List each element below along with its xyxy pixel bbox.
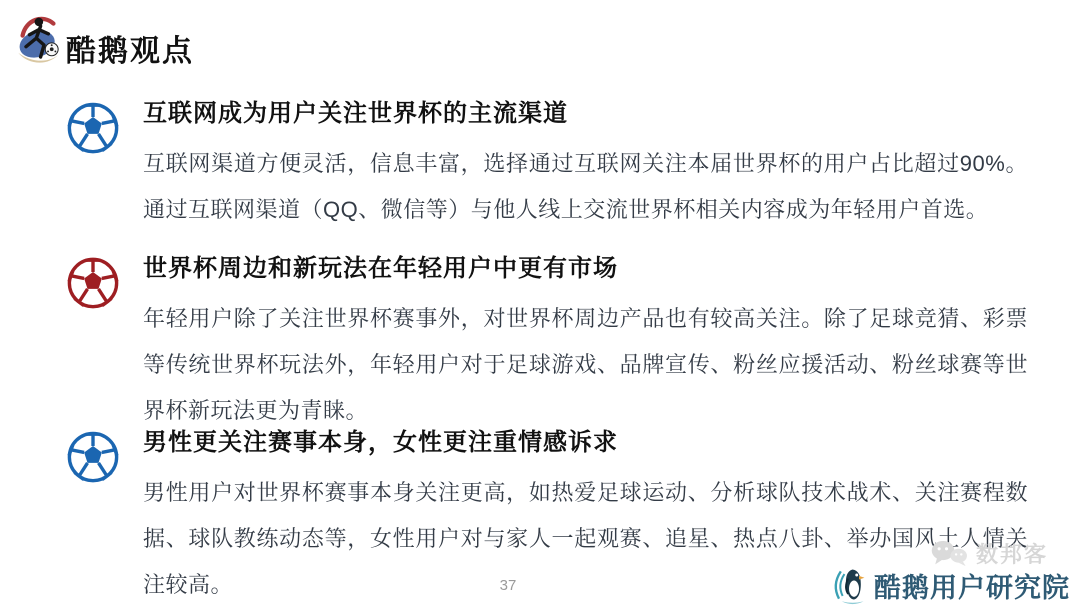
presentation-slide: 酷鹅观点 互联网成为用户关注世界杯的主流渠道 互联网渠道方便灵活，信息丰富，选择… (0, 0, 1080, 608)
insight-heading: 世界杯周边和新玩法在年轻用户中更有市场 (143, 251, 1028, 287)
page-title: 酷鹅观点 (66, 26, 194, 70)
insight-body: 互联网渠道方便灵活，信息丰富，选择通过互联网关注本届世界杯的用户占比超过90%。… (143, 141, 1028, 233)
insight-body: 年轻用户除了关注世界杯赛事外，对世界杯周边产品也有较高关注。除了足球竞猜、彩票等… (143, 296, 1028, 434)
soccer-ball-icon (66, 101, 120, 155)
insight-heading: 男性更关注赛事本身，女性更注重情感诉求 (143, 425, 1028, 461)
brand-text: 酷鹅用户研究院 (874, 566, 1070, 605)
penguin-icon (829, 564, 869, 606)
insight-heading: 互联网成为用户关注世界杯的主流渠道 (143, 96, 1028, 132)
brand-logo: 酷鹅用户研究院 (829, 564, 1070, 606)
soccer-ball-icon (66, 430, 120, 484)
insight-bullet-2: 世界杯周边和新玩法在年轻用户中更有市场 年轻用户除了关注世界杯赛事外，对世界杯周… (66, 251, 1030, 434)
page-number: 37 (488, 577, 528, 594)
kicking-player-logo-icon (14, 6, 62, 72)
soccer-ball-icon (66, 256, 120, 310)
insight-bullet-1: 互联网成为用户关注世界杯的主流渠道 互联网渠道方便灵活，信息丰富，选择通过互联网… (66, 96, 1030, 233)
